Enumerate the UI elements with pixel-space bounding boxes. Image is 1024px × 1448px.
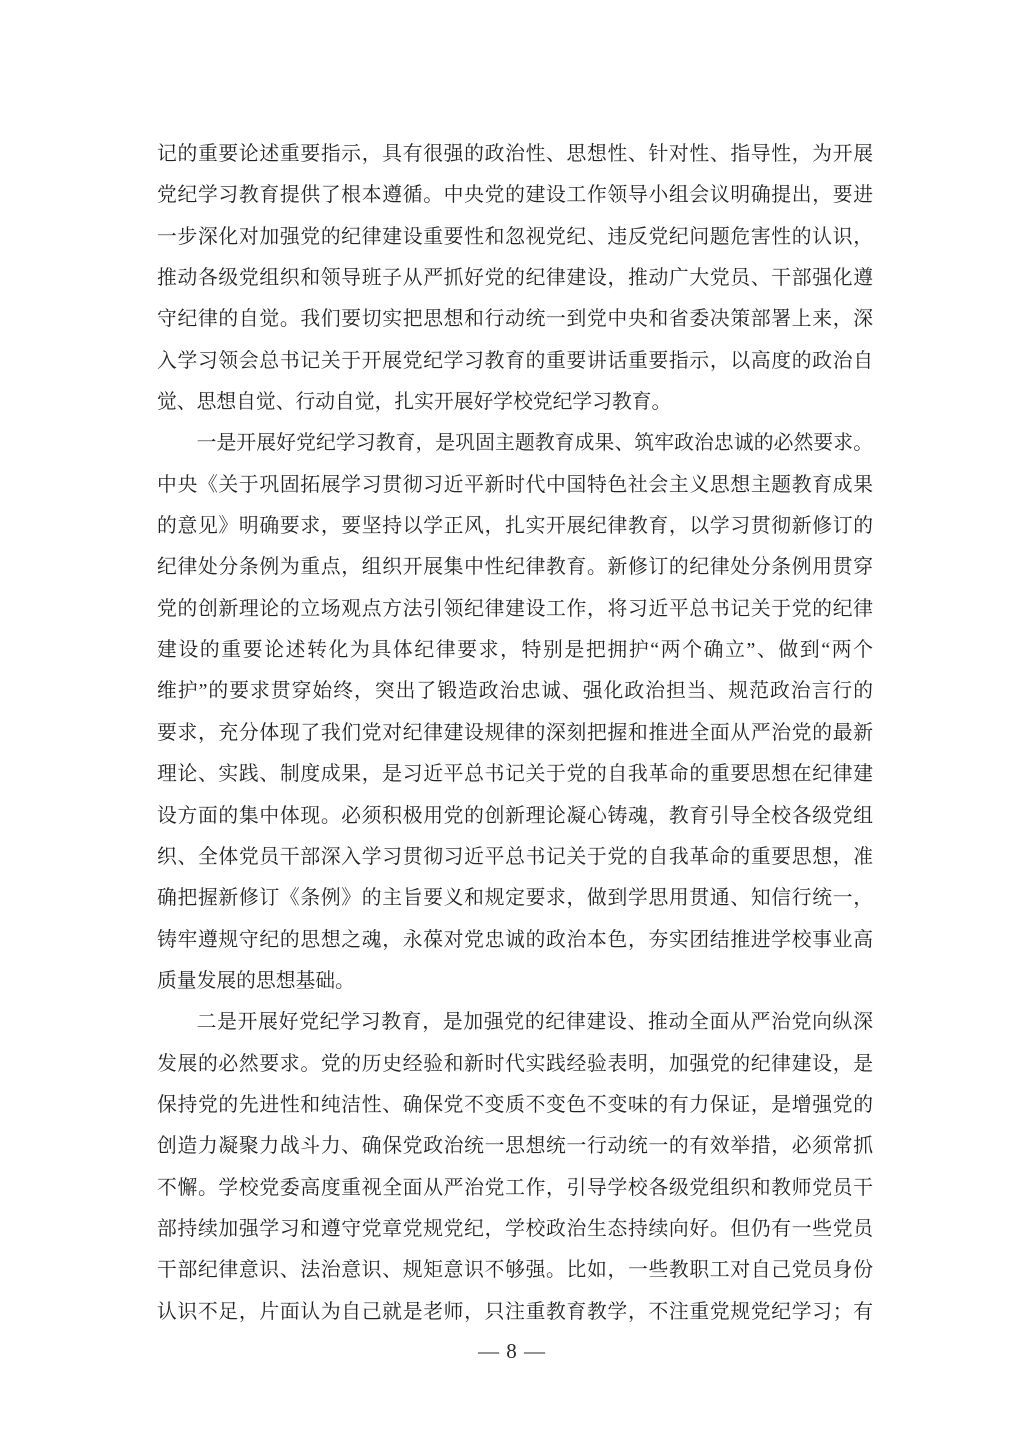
text-line: 记的重要论述重要指示，具有很强的政治性、思想性、针对性、指导性，为开展 bbox=[157, 134, 873, 175]
text-line: 要求，充分体现了我们党对纪律建设规律的深刻把握和推进全面从严治党的最新 bbox=[157, 713, 873, 754]
text-line: 不懈。学校党委高度重视全面从严治党工作，引导学校各级党组织和教师党员干 bbox=[157, 1168, 873, 1209]
text-line: 质量发展的思想基础。 bbox=[157, 961, 873, 1002]
text-line: 维护”的要求贯穿始终，突出了锻造政治忠诚、强化政治担当、规范政治言行的 bbox=[157, 671, 873, 712]
paragraph: 二是开展好党纪学习教育，是加强党的纪律建设、推动全面从严治党向纵深发展的必然要求… bbox=[157, 1002, 873, 1333]
text-line: 建设的重要论述转化为具体纪律要求，特别是把拥护“两个确立”、做到“两个 bbox=[157, 630, 873, 671]
text-line: 理论、实践、制度成果，是习近平总书记关于党的自我革命的重要思想在纪律建 bbox=[157, 754, 873, 795]
text-line: 中央《关于巩固拓展学习贯彻习近平新时代中国特色社会主义思想主题教育成果 bbox=[157, 465, 873, 506]
text-line: 的意见》明确要求，要坚持以学正风，扎实开展纪律教育，以学习贯彻新修订的 bbox=[157, 506, 873, 547]
text-line: 织、全体党员干部深入学习贯彻习近平总书记关于党的自我革命的重要思想，准 bbox=[157, 837, 873, 878]
text-line: 守纪律的自觉。我们要切实把思想和行动统一到党中央和省委决策部署上来，深 bbox=[157, 299, 873, 340]
text-line: 纪律处分条例为重点，组织开展集中性纪律教育。新修订的纪律处分条例用贯穿 bbox=[157, 547, 873, 588]
text-line: 确把握新修订《条例》的主旨要义和规定要求，做到学思用贯通、知信行统一， bbox=[157, 878, 873, 919]
text-line: 觉、思想自觉、行动自觉，扎实开展好学校党纪学习教育。 bbox=[157, 382, 873, 423]
document-body: 记的重要论述重要指示，具有很强的政治性、思想性、针对性、指导性，为开展党纪学习教… bbox=[157, 134, 873, 1333]
text-line: 二是开展好党纪学习教育，是加强党的纪律建设、推动全面从严治党向纵深 bbox=[157, 1002, 873, 1043]
paragraph: 一是开展好党纪学习教育，是巩固主题教育成果、筑牢政治忠诚的必然要求。中央《关于巩… bbox=[157, 423, 873, 1002]
text-line: 铸牢遵规守纪的思想之魂，永葆对党忠诚的政治本色，夯实团结推进学校事业高 bbox=[157, 920, 873, 961]
text-line: 党的创新理论的立场观点方法引领纪律建设工作，将习近平总书记关于党的纪律 bbox=[157, 589, 873, 630]
text-line: 干部纪律意识、法治意识、规矩意识不够强。比如，一些教职工对自己党员身份 bbox=[157, 1250, 873, 1291]
text-line: 入学习领会总书记关于开展党纪学习教育的重要讲话重要指示，以高度的政治自 bbox=[157, 341, 873, 382]
text-line: 创造力凝聚力战斗力、确保党政治统一思想统一行动统一的有效举措，必须常抓 bbox=[157, 1126, 873, 1167]
paragraph: 记的重要论述重要指示，具有很强的政治性、思想性、针对性、指导性，为开展党纪学习教… bbox=[157, 134, 873, 423]
text-line: 党纪学习教育提供了根本遵循。中央党的建设工作领导小组会议明确提出，要进 bbox=[157, 175, 873, 216]
text-line: 认识不足，片面认为自己就是老师，只注重教育教学，不注重党规党纪学习；有 bbox=[157, 1292, 873, 1333]
page-number: — 8 — bbox=[0, 1336, 1024, 1366]
text-line: 推动各级党组织和领导班子从严抓好党的纪律建设，推动广大党员、干部强化遵 bbox=[157, 258, 873, 299]
text-line: 一步深化对加强党的纪律建设重要性和忽视党纪、违反党纪问题危害性的认识， bbox=[157, 217, 873, 258]
text-line: 部持续加强学习和遵守党章党规党纪，学校政治生态持续向好。但仍有一些党员 bbox=[157, 1209, 873, 1250]
text-line: 发展的必然要求。党的历史经验和新时代实践经验表明，加强党的纪律建设，是 bbox=[157, 1044, 873, 1085]
document-page: 记的重要论述重要指示，具有很强的政治性、思想性、针对性、指导性，为开展党纪学习教… bbox=[0, 0, 1024, 1448]
text-line: 保持党的先进性和纯洁性、确保党不变质不变色不变味的有力保证，是增强党的 bbox=[157, 1085, 873, 1126]
text-line: 设方面的集中体现。必须积极用党的创新理论凝心铸魂，教育引导全校各级党组 bbox=[157, 796, 873, 837]
text-line: 一是开展好党纪学习教育，是巩固主题教育成果、筑牢政治忠诚的必然要求。 bbox=[157, 423, 873, 464]
